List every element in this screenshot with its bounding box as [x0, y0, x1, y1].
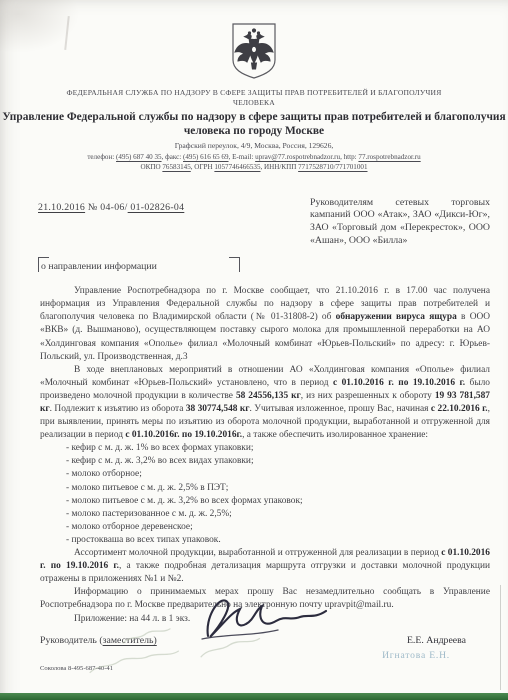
list-item: - простокваша во всех типах упаковок. — [40, 534, 490, 547]
list-item: - молоко отборное деревенское; — [40, 521, 490, 534]
coat-of-arms-icon — [230, 22, 278, 80]
doc-number: 01-02826-04 — [128, 202, 185, 213]
scanned-letter-page: ФЕДЕРАЛЬНАЯ СЛУЖБА ПО НАДЗОРУ В СФЕРЕ ЗА… — [0, 0, 508, 700]
email-link: uprav@77.rospotrebnadzor.ru — [255, 153, 340, 161]
subject-line: о направлении информации — [41, 261, 157, 272]
doc-date-number: 21.10.2016 № 04-06/ 01-02826-04 — [38, 202, 184, 213]
website-link: 77.rospotrebnadzor.ru — [358, 153, 420, 161]
subject-row: о направлении информации — [38, 257, 240, 277]
addressee-block: Руководителям сетевых торговых кампаний … — [310, 197, 490, 247]
list-item: - молоко отборное; — [40, 468, 490, 481]
signer-name: Е.Е. Андреева — [382, 635, 466, 646]
isolated-storage-list: - кефир с м. д. ж. 1% во всех формах упа… — [40, 442, 490, 547]
signer-names: Е.Е. Андреева Игнатова Е.Н. — [382, 635, 480, 661]
stamp-name: Игнатова Е.Н. — [382, 650, 450, 661]
letter-body: Управление Роспотребнадзора по г. Москве… — [0, 277, 508, 625]
list-item: - молоко питьевое с м. д. ж. 2,5% в ПЭТ; — [40, 482, 490, 495]
list-item: - кефир с м. д. ж. 3,2% во всех видах уп… — [40, 455, 490, 468]
scan-smudge — [0, 0, 90, 60]
doc-date: 21.10.2016 — [38, 202, 85, 213]
meta-row: 21.10.2016 № 04-06/ 01-02826-04 Руководи… — [0, 197, 508, 247]
org-address: Графский переулок, 4/9, Москва, Россия, … — [0, 141, 508, 150]
contacts-block: телефон: (495) 687 40 35, факс: (495) 61… — [0, 153, 508, 173]
contacts-line-2: ОКПО 76583145, ОГРН 1057746466535, ИНН/К… — [0, 163, 508, 173]
paragraph-2: В ходе внеплановых мероприятий в отношен… — [40, 364, 490, 443]
contacts-line-1: телефон: (495) 687 40 35, факс: (495) 61… — [0, 153, 508, 163]
paragraph-1: Управление Роспотребнадзора по г. Москве… — [40, 285, 490, 364]
department-title: Управление Федеральной службы по надзору… — [0, 110, 508, 138]
list-item: - молоко питьевое с м. д. ж. 3,2% во все… — [40, 495, 490, 508]
paragraph-3: Ассортимент молочной продукции, выработа… — [40, 547, 490, 586]
list-item: - молоко пастеризованное с м. д. ж. 2,5%… — [40, 508, 490, 521]
bottom-scan-bar — [0, 693, 508, 700]
list-item: - кефир с м. д. ж. 1% во всех формах упа… — [40, 442, 490, 455]
crop-mark-right-icon — [229, 257, 240, 272]
scan-line-artifact — [500, 585, 502, 690]
